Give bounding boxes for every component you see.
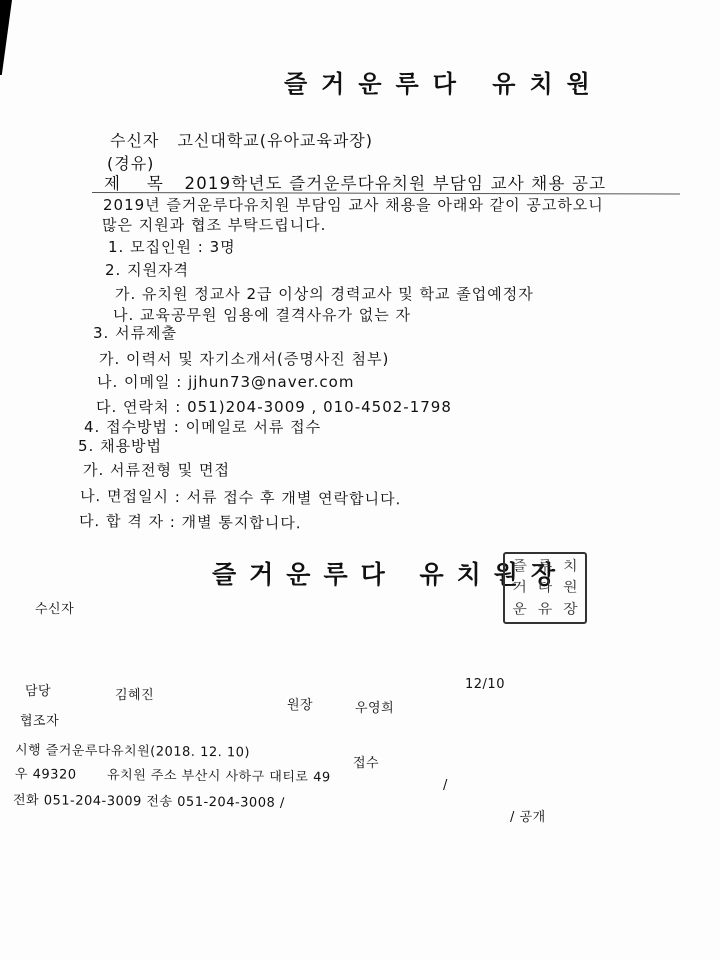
section-3-item-b: 나. 이메일 : jjhun73@naver.com [97, 371, 354, 392]
org-title: 즐거운루다 유치원 [284, 64, 604, 99]
recipient-row: 수신자 고신대학교(유아교육과장) [110, 128, 373, 151]
receipt-label: 접수 [353, 752, 379, 771]
section-2-item-a: 가. 유치원 정교사 2급 이상의 경력교사 및 학교 졸업예정자 [115, 283, 534, 304]
section-3-item-a: 가. 이력서 및 자기소개서(증명사진 첨부) [99, 348, 389, 369]
section-5-heading: 5. 채용방법 [78, 435, 162, 456]
recipient-label: 수신자 [110, 131, 159, 150]
recipient-value: 고신대학교(유아교육과장) [177, 131, 373, 150]
subject-value: 2019학년도 즐거운루다유치원 부담임 교사 채용 공고 [185, 174, 607, 193]
section-5-item-c: 다. 합 격 자 : 개별 통지합니다. [79, 510, 302, 533]
seal-char: 다 [532, 581, 557, 595]
in-charge-label: 담당 [25, 680, 51, 699]
seal-char: 즐 [507, 560, 532, 574]
seal-char: 거 [507, 581, 532, 595]
date-short: 12/10 [465, 677, 505, 692]
cooperator-label: 협조자 [20, 710, 59, 729]
intro-line-1: 2019년 즐거운루다유치원 부담임 교사 채용을 아래와 같이 공고하오니 [103, 194, 604, 215]
section-5-item-a: 가. 서류전형 및 면접 [83, 459, 230, 480]
director-label: 원장 [287, 694, 313, 713]
phone-fax-line: 전화 051-204-3009 전송 051-204-3008 / [13, 789, 285, 811]
section-3-item-c: 다. 연락처 : 051)204-3009 , 010-4502-1798 [96, 396, 452, 417]
subject-row: 제 목 2019학년도 즐거운루다유치원 부담임 교사 채용 공고 [104, 170, 606, 194]
slash-mark: / [443, 778, 448, 793]
seal-char: 원 [558, 581, 583, 595]
page-edge-shadow [0, 0, 12, 75]
footer-recipient-label: 수신자 [35, 598, 74, 617]
seal-char: 치 [558, 560, 583, 574]
address-row: 우 49320 유치원 주소 부산시 사하구 대티로 49 [15, 763, 331, 785]
section-5-item-b: 나. 면접일시 : 서류 접수 후 개별 연락합니다. [80, 485, 402, 509]
section-3-heading: 3. 서류제출 [93, 322, 177, 343]
subject-label: 제 목 [104, 174, 164, 193]
section-4-heading: 4. 접수방법 : 이메일로 서류 접수 [84, 416, 321, 437]
official-seal: 즐 루 치 거 다 원 운 유 장 [503, 552, 587, 624]
seal-char: 루 [532, 560, 557, 574]
section-2-heading: 2. 지원자격 [105, 259, 189, 280]
director-name: 우영희 [355, 697, 394, 716]
disclosure-label: / 공개 [510, 806, 546, 825]
section-1-heading: 1. 모집인원 : 3명 [108, 236, 236, 257]
address: 유치원 주소 부산시 사하구 대티로 49 [107, 768, 331, 785]
document-page: 즐거운루다 유치원 수신자 고신대학교(유아교육과장) (경유) 제 목 201… [0, 0, 720, 960]
postal-code: 우 49320 [15, 767, 77, 783]
seal-char: 운 [507, 603, 532, 617]
in-charge-name: 김혜진 [115, 684, 154, 703]
seal-char: 유 [532, 603, 557, 617]
intro-line-2: 많은 지원과 협조 부탁드립니다. [102, 214, 326, 235]
seal-char: 장 [558, 603, 583, 617]
enforcement-line: 시행 즐거운루다유치원(2018. 12. 10) [15, 739, 250, 760]
